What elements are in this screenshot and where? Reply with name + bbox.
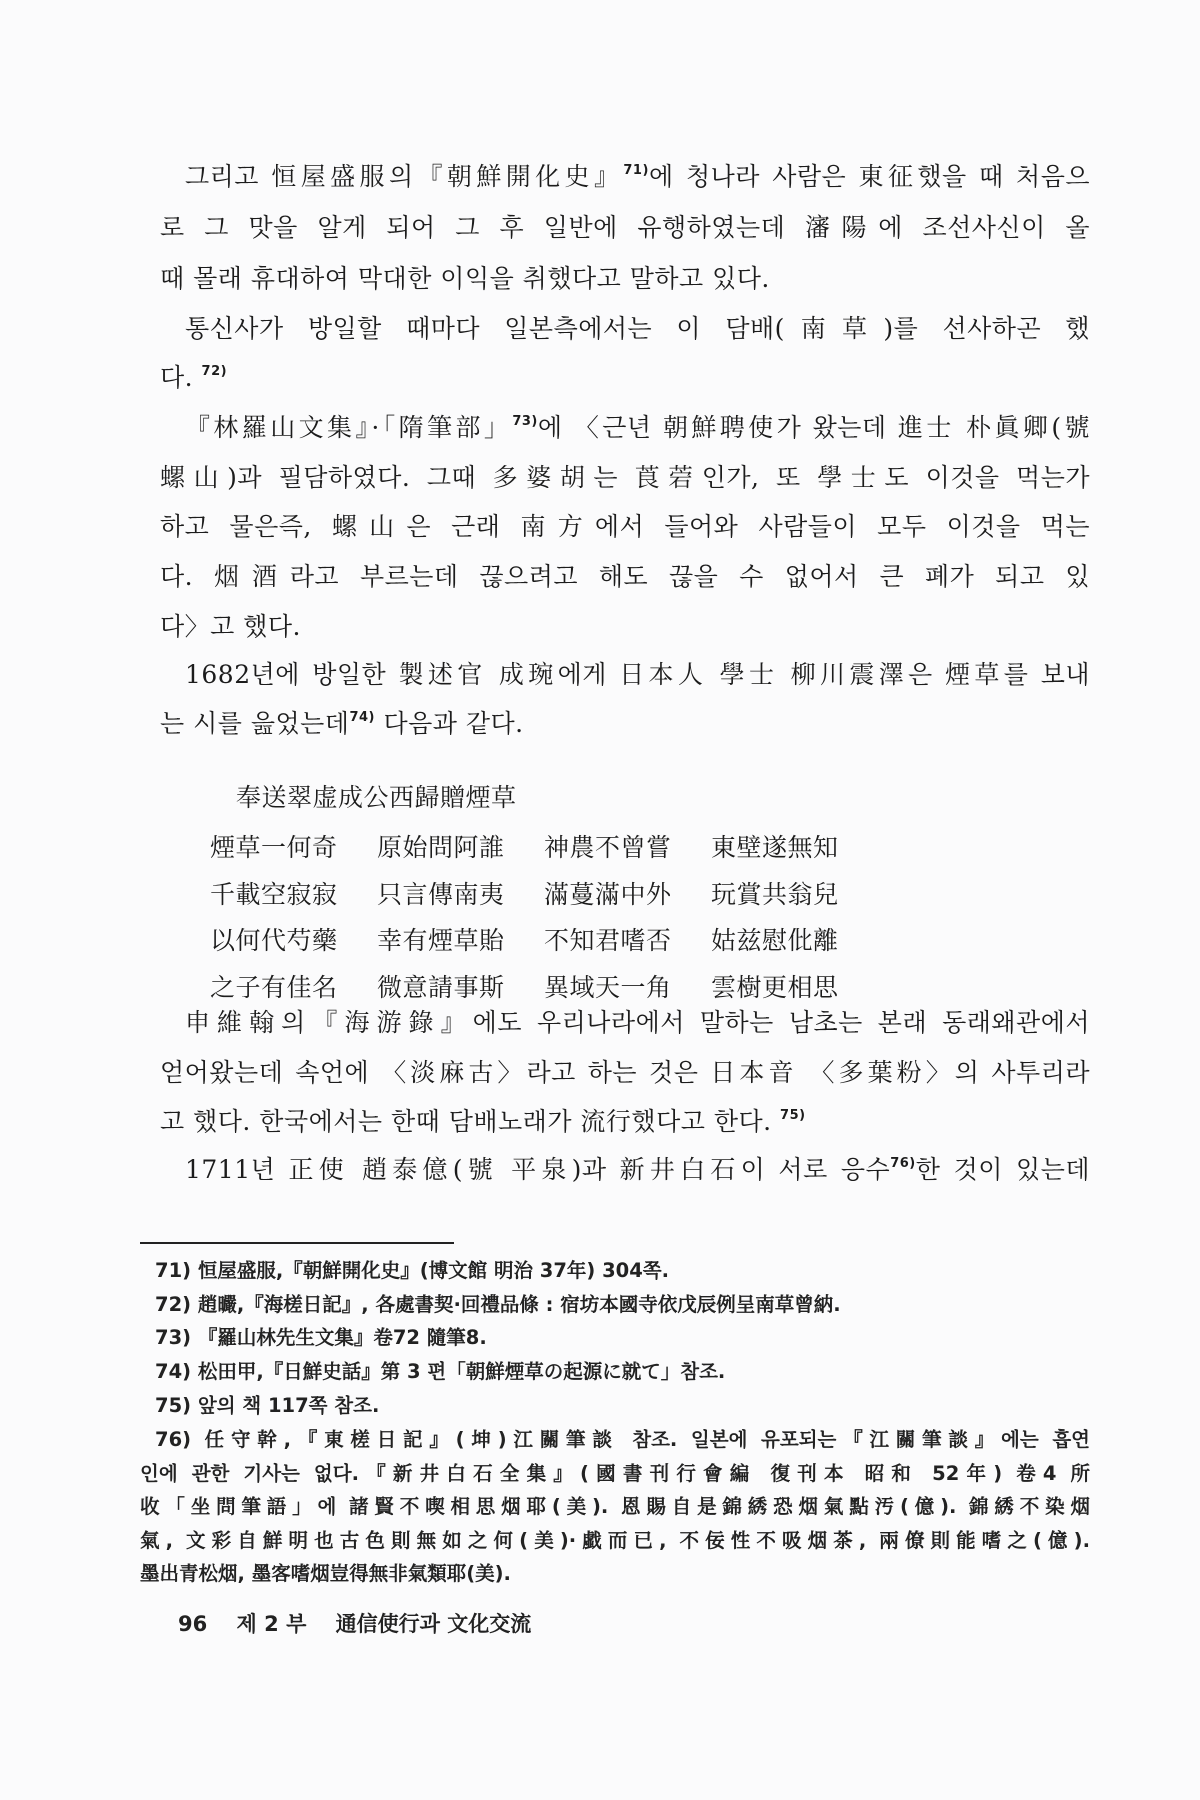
page-number: 96 <box>178 1612 207 1636</box>
part-title: 通信使行과 文化交流 <box>336 1612 532 1636</box>
footnote-number: 76) <box>155 1428 191 1451</box>
footnote-ref-71[interactable]: 71) <box>623 163 649 178</box>
text: 에 〈근년 朝鮮聘使가 왔는데 進士 朴眞卿(號 <box>538 413 1090 442</box>
footnote-divider <box>140 1242 454 1244</box>
text: 다음과 같다. <box>375 709 524 738</box>
footnote-number: 72) <box>155 1293 191 1316</box>
footnote-number: 73) <box>155 1326 191 1349</box>
footnote-number: 75) <box>155 1394 191 1417</box>
footnote-ref-74[interactable]: 74) <box>349 710 375 725</box>
poem-verse: 以何代芍藥 <box>210 926 377 956</box>
poem-verse: 只言傳南夷 <box>377 880 544 910</box>
text: 『林羅山文集』·「隋筆部」 <box>185 413 512 442</box>
page-footer: 96 제 2 부 通信使行과 文化交流 <box>178 1611 553 1637</box>
footnote-76: 76) 任守幹,『東槎日記』(坤)江關筆談 참조. 일본에 유포되는『江關筆談』… <box>155 1427 1090 1452</box>
poem-row: 之子有佳名 微意請事斯 異域天一角 雲樹更相思 <box>210 973 878 1003</box>
body-line: 얻어왔는데 속언에 〈淡麻古〉라고 하는 것은 日本音 〈多葉粉〉의 사투리라 <box>160 1058 1090 1088</box>
footnote-71: 71) 恒屋盛服,『朝鮮開化史』(博文館 明治 37年) 304쪽. <box>155 1258 1090 1283</box>
body-line: 1682년에 방일한 製述官 成琬에게 日本人 學士 柳川震澤은 煙草를 보내 <box>185 660 1090 690</box>
footnote-72: 72) 趙曮,『海槎日記』, 各處書契·回禮品條 : 宿坊本國寺依戊辰例呈南草曾… <box>155 1292 1090 1317</box>
footnote-text: 恒屋盛服,『朝鮮開化史』(博文館 明治 37年) 304쪽. <box>198 1259 669 1282</box>
text: 다. <box>160 363 202 392</box>
body-line: 다. 72) <box>160 363 1090 393</box>
body-line: 로 그 맛을 알게 되어 그 후 일반에 유행하였는데 瀋陽에 조선사신이 올 <box>160 213 1090 243</box>
text: 에 청나라 사람은 東征했을 때 처음으 <box>649 162 1090 191</box>
footnote-73: 73) 『羅山林先生文集』卷72 隨筆8. <box>155 1325 1090 1350</box>
body-line: 다. 烟酒라고 부르는데 끊으려고 해도 끊을 수 없어서 큰 폐가 되고 있 <box>160 562 1090 592</box>
footnote-text: 趙曮,『海槎日記』, 各處書契·回禮品條 : 宿坊本國寺依戊辰例呈南草曾納. <box>198 1293 841 1316</box>
footnote-76-continued: 收「坐問筆語」에 諸賢不喫相思烟耶(美). 恩賜自是錦綉恐烟氣點汚(億). 錦綉… <box>140 1494 1090 1519</box>
poem-verse: 千載空寂寂 <box>210 880 377 910</box>
body-line: 螺山)과 필담하였다. 그때 多婆胡는 莨菪인가, 또 學士도 이것을 먹는가 <box>160 463 1090 493</box>
footnote-number: 71) <box>155 1259 191 1282</box>
body-line: 때 몰래 휴대하여 막대한 이익을 취했다고 말하고 있다. <box>160 264 1090 294</box>
body-line: 하고 물은즉, 螺山은 근래 南方에서 들어와 사람들이 모두 이것을 먹는 <box>160 512 1090 542</box>
poem-verse: 神農不曾嘗 <box>544 833 711 863</box>
part-label: 제 2 부 <box>237 1612 307 1636</box>
poem-row: 煙草一何奇 原始問阿誰 神農不曾嘗 東壁遂無知 <box>210 833 878 863</box>
body-line: 는 시를 읊었는데74) 다음과 같다. <box>160 709 1090 739</box>
footnote-ref-75[interactable]: 75) <box>780 1108 806 1123</box>
poem-verse: 煙草一何奇 <box>210 833 377 863</box>
text: 는 시를 읊었는데 <box>160 709 349 738</box>
footnote-76-continued: 墨出青松烟, 墨客嗜烟豈得無非氣類耶(美). <box>140 1561 1090 1586</box>
body-line: 통신사가 방일할 때마다 일본측에서는 이 담배(南草)를 선사하곤 했 <box>185 314 1090 344</box>
footnote-75: 75) 앞의 책 117쪽 참조. <box>155 1393 1090 1418</box>
poem-row: 千載空寂寂 只言傳南夷 滿蔓滿中外 玩賞共翁兒 <box>210 880 878 910</box>
body-line: 그리고 恒屋盛服의『朝鮮開化史』71)에 청나라 사람은 東征했을 때 처음으 <box>185 162 1090 192</box>
footnote-76-continued: 인에 관한 기사는 없다.『新井白石全集』(國書刊行會編 復刊本 昭和 52年)… <box>140 1461 1090 1486</box>
poem-verse: 原始問阿誰 <box>377 833 544 863</box>
text: 그리고 恒屋盛服의『朝鮮開化史』 <box>185 162 623 191</box>
poem-title: 奉送翠虚成公西歸贈煙草 <box>236 783 517 813</box>
poem-verse: 幸有煙草貽 <box>377 926 544 956</box>
footnote-text: 『羅山林先生文集』卷72 隨筆8. <box>198 1326 487 1349</box>
text: 고 했다. 한국에서는 한때 담배노래가 流行했다고 한다. <box>160 1107 780 1136</box>
footnote-76-continued: 氣, 文彩自鮮明也古色則無如之何(美)·戱而已, 不佞性不吸烟茶, 兩僚則能嗜之… <box>140 1528 1090 1553</box>
text: 한 것이 있는데 <box>916 1155 1090 1184</box>
poem-verse: 不知君嗜否 <box>544 926 711 956</box>
body-line: 고 했다. 한국에서는 한때 담배노래가 流行했다고 한다. 75) <box>160 1107 1090 1137</box>
book-page: 그리고 恒屋盛服의『朝鮮開化史』71)에 청나라 사람은 東征했을 때 처음으 … <box>0 0 1200 1800</box>
poem-verse: 姑兹慰仳離 <box>711 926 878 956</box>
footnote-number: 74) <box>155 1360 191 1383</box>
body-line: 1711년 正使 趙泰億(號 平泉)과 新井白石이 서로 응수76)한 것이 있… <box>185 1155 1090 1185</box>
footnote-74: 74) 松田甲,『日鮮史話』第 3 편「朝鮮煙草の起源に就て」참조. <box>155 1359 1090 1384</box>
footnote-ref-73[interactable]: 73) <box>512 414 538 429</box>
poem-verse: 微意請事斯 <box>377 973 544 1003</box>
footnote-text: 앞의 책 117쪽 참조. <box>198 1394 380 1417</box>
text: 1711년 正使 趙泰億(號 平泉)과 新井白石이 서로 응수 <box>185 1155 890 1184</box>
poem-verse: 異域天一角 <box>544 973 711 1003</box>
footnote-ref-76[interactable]: 76) <box>890 1156 916 1171</box>
poem-verse: 雲樹更相思 <box>711 973 878 1003</box>
poem-row: 以何代芍藥 幸有煙草貽 不知君嗜否 姑兹慰仳離 <box>210 926 878 956</box>
footnote-text: 松田甲,『日鮮史話』第 3 편「朝鮮煙草の起源に就て」참조. <box>198 1360 725 1383</box>
footnote-text: 任守幹,『東槎日記』(坤)江關筆談 참조. 일본에 유포되는『江關筆談』에는 흡… <box>205 1428 1090 1451</box>
poem-verse: 玩賞共翁兒 <box>711 880 878 910</box>
poem-verse: 東壁遂無知 <box>711 833 878 863</box>
footnote-ref-72[interactable]: 72) <box>202 364 228 379</box>
body-line: 다〉고 했다. <box>160 612 1090 642</box>
poem-verse: 之子有佳名 <box>210 973 377 1003</box>
body-line: 『林羅山文集』·「隋筆部」73)에 〈근년 朝鮮聘使가 왔는데 進士 朴眞卿(號 <box>185 413 1090 443</box>
body-line: 申維翰의『海游錄』에도 우리나라에서 말하는 남초는 본래 동래왜관에서 <box>185 1008 1090 1038</box>
poem-verse: 滿蔓滿中外 <box>544 880 711 910</box>
